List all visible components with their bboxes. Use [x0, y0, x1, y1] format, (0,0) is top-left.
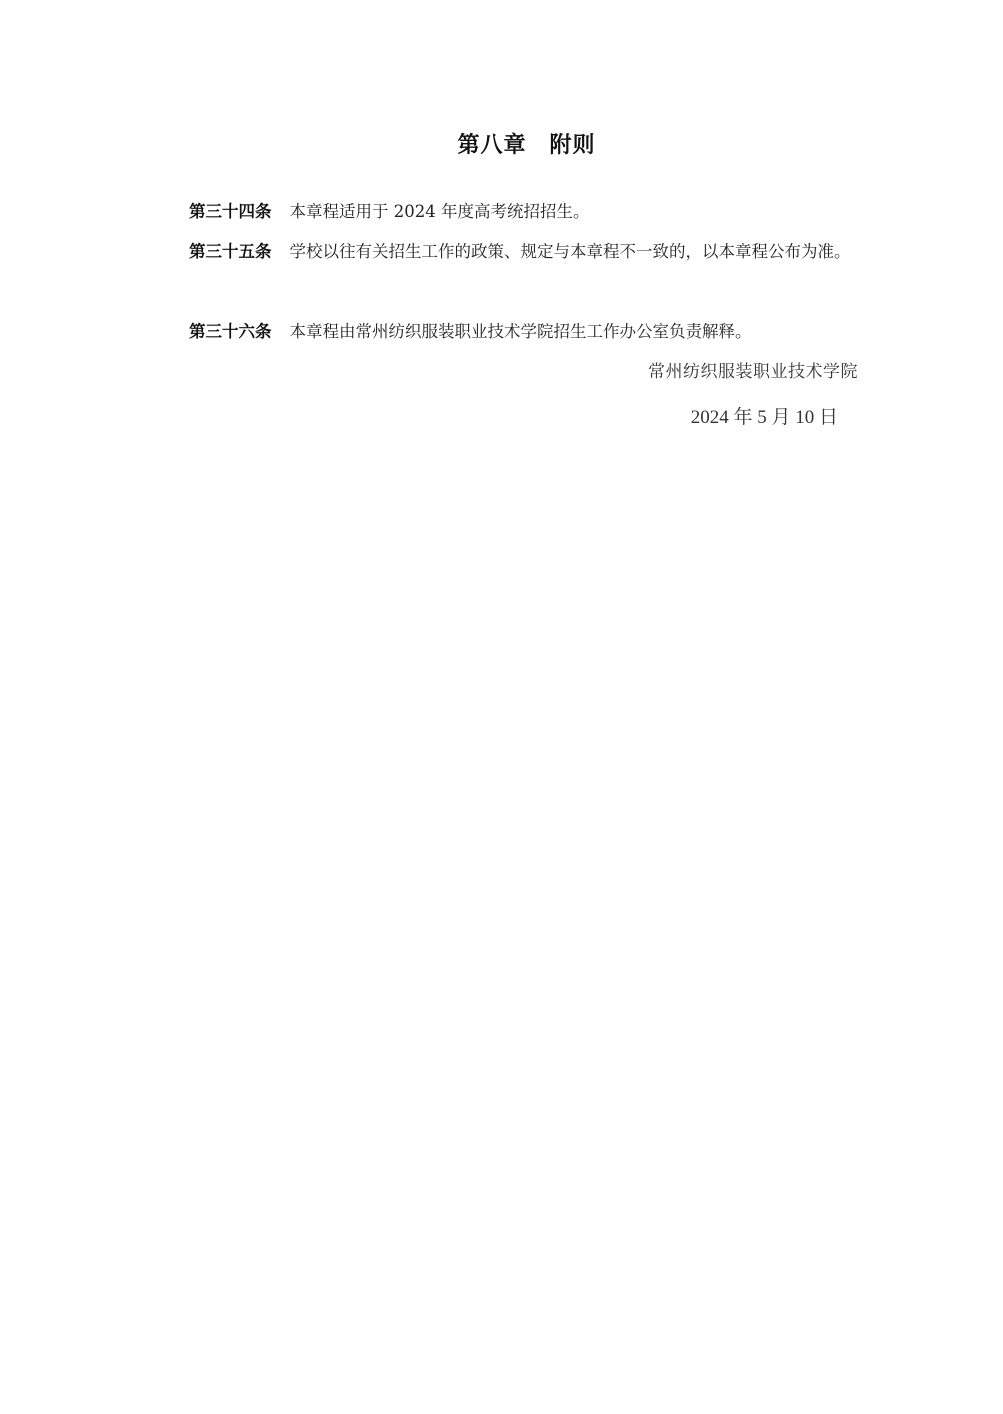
article-number: 第三十六条 — [189, 322, 272, 341]
article-36: 第三十六条本章程由常州纺织服装职业技术学院招生工作办公室负责解释。 — [148, 312, 863, 352]
article-text: 学校以往有关招生工作的政策、规定与本章程不一致的，以本章程公布为准。 — [290, 242, 851, 261]
article-number: 第三十四条 — [189, 202, 272, 221]
article-text: 本章程由常州纺织服装职业技术学院招生工作办公室负责解释。 — [290, 322, 752, 341]
signature-institution: 常州纺织服装职业技术学院 — [648, 357, 858, 382]
signature-date: 2024 年 5 月 10 日 — [691, 402, 838, 429]
article-number: 第三十五条 — [189, 242, 272, 261]
article-35: 第三十五条学校以往有关招生工作的政策、规定与本章程不一致的，以本章程公布为准。 — [148, 232, 863, 272]
article-34: 第三十四条本章程适用于 2024 年度高考统招招生。 — [148, 192, 863, 232]
chapter-title: 第八章 附则 — [0, 128, 1003, 159]
document-page: 第八章 附则 第三十四条本章程适用于 2024 年度高考统招招生。 第三十五条学… — [0, 0, 1003, 1414]
article-text: 本章程适用于 2024 年度高考统招招生。 — [290, 202, 590, 221]
